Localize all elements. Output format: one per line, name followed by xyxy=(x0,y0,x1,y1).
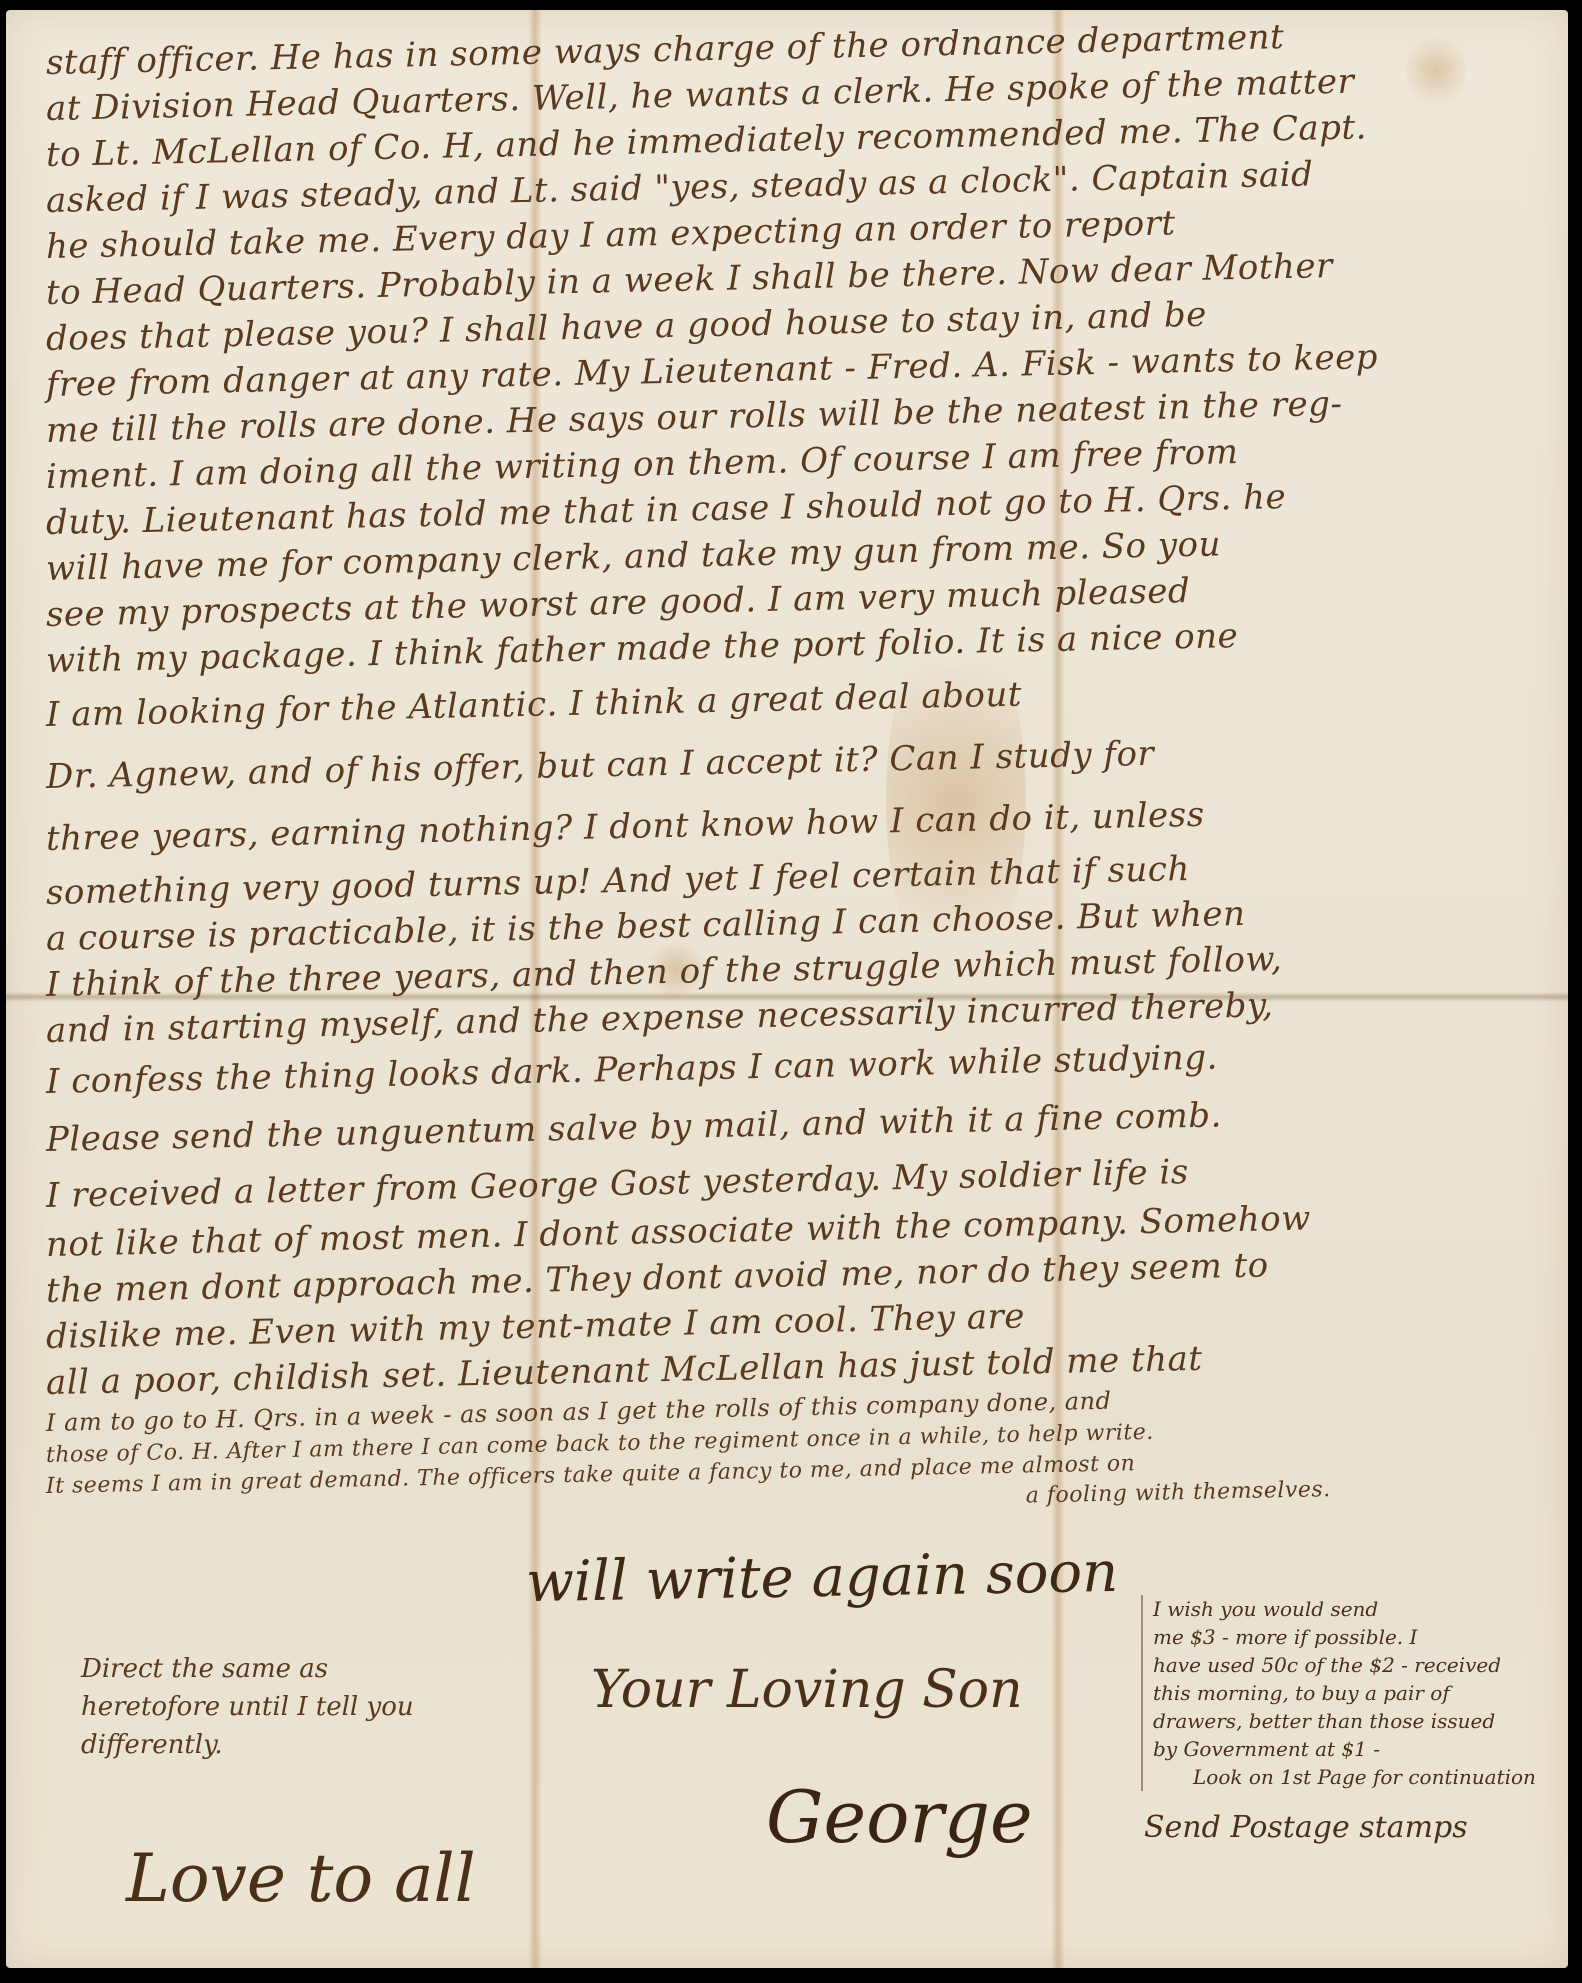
letter-page: staff officer. He has in some ways charg… xyxy=(6,10,1568,1968)
postscript-line: by Government at $1 - xyxy=(1153,1735,1568,1763)
postscript-line: have used 50c of the $2 - received xyxy=(1153,1651,1568,1679)
direct-note-line: differently. xyxy=(81,1726,414,1764)
direct-note-line: Direct the same as xyxy=(81,1650,414,1688)
send-stamps-note: Send Postage stamps xyxy=(1144,1810,1468,1845)
direct-note: Direct the same as heretofore until I te… xyxy=(81,1650,414,1764)
postscript-line: me $3 - more if possible. I xyxy=(1153,1623,1568,1651)
direct-note-line: heretofore until I tell you xyxy=(81,1688,414,1726)
postscript-line: this morning, to buy a pair of xyxy=(1153,1679,1568,1707)
closing-line: will write again soon xyxy=(525,1540,1118,1615)
love-note: Love to all xyxy=(126,1840,476,1917)
valediction: Your Loving Son xyxy=(591,1660,1023,1720)
letter-body: staff officer. He has in some ways charg… xyxy=(46,40,1546,1532)
signature: George xyxy=(766,1775,1033,1859)
postscript: I wish you would send me $3 - more if po… xyxy=(1141,1595,1568,1791)
postscript-line: drawers, better than those issued xyxy=(1153,1707,1568,1735)
postscript-line: I wish you would send xyxy=(1153,1595,1568,1623)
postscript-line: Look on 1st Page for continuation xyxy=(1153,1763,1568,1791)
